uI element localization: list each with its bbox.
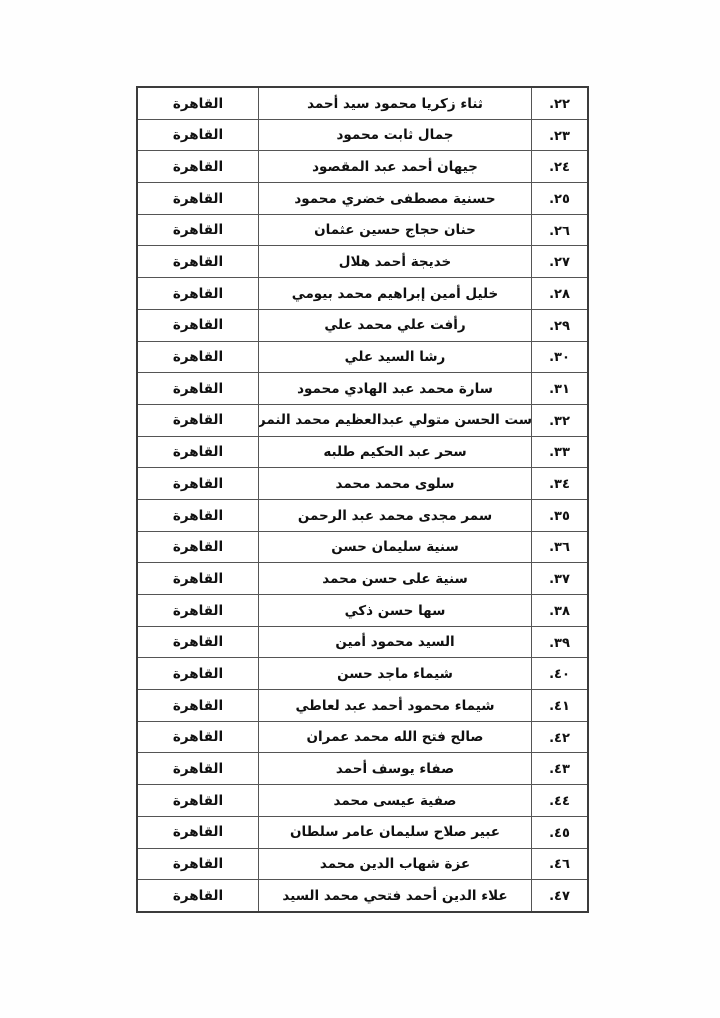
table-row: ٤٠. شيماء ماجد حسن القاهرة bbox=[138, 657, 587, 689]
row-city-cell: القاهرة bbox=[138, 627, 258, 658]
roster-table: ٢٢. ثناء زكريا محمود سيد أحمد القاهرة ٢٣… bbox=[136, 86, 589, 913]
row-city-cell: القاهرة bbox=[138, 405, 258, 436]
table-row: ٤٦. عزة شهاب الدين محمد القاهرة bbox=[138, 848, 587, 880]
row-number-cell: ٢٢. bbox=[531, 88, 587, 119]
row-name-cell: حنان حجاج حسين عثمان bbox=[258, 215, 531, 246]
row-number-cell: ٣٢. bbox=[531, 405, 587, 436]
row-number-cell: ٤٥. bbox=[531, 817, 587, 848]
row-name-cell: عزة شهاب الدين محمد bbox=[258, 849, 531, 880]
row-number-cell: ٣٦. bbox=[531, 532, 587, 563]
row-name-cell: رأفت علي محمد علي bbox=[258, 310, 531, 341]
table-row: ٢٣. جمال ثابت محمود القاهرة bbox=[138, 119, 587, 151]
row-number-cell: ٢٨. bbox=[531, 278, 587, 309]
row-city-cell: القاهرة bbox=[138, 817, 258, 848]
row-city-cell: القاهرة bbox=[138, 532, 258, 563]
row-number-cell: ٣٩. bbox=[531, 627, 587, 658]
table-row: ٤٥. عبير صلاح سليمان عامر سلطان القاهرة bbox=[138, 816, 587, 848]
row-number-cell: ٣٣. bbox=[531, 437, 587, 468]
row-name-cell: صالح فتح الله محمد عمران bbox=[258, 722, 531, 753]
table-row: ٤٧. علاء الدين أحمد فتحي محمد السيد القا… bbox=[138, 879, 587, 911]
row-name-cell: سها حسن ذكي bbox=[258, 595, 531, 626]
row-name-cell: خليل أمين إبراهيم محمد بيومي bbox=[258, 278, 531, 309]
table-row: ٣٩. السيد محمود أمين القاهرة bbox=[138, 626, 587, 658]
row-name-cell: رشا السيد علي bbox=[258, 342, 531, 373]
row-city-cell: القاهرة bbox=[138, 437, 258, 468]
row-city-cell: القاهرة bbox=[138, 468, 258, 499]
table-row: ٢٥. حسنية مصطفى خضري محمود القاهرة bbox=[138, 182, 587, 214]
table-row: ٢٩. رأفت علي محمد علي القاهرة bbox=[138, 309, 587, 341]
row-number-cell: ٤٣. bbox=[531, 753, 587, 784]
row-city-cell: القاهرة bbox=[138, 215, 258, 246]
row-city-cell: القاهرة bbox=[138, 373, 258, 404]
row-name-cell: جمال ثابت محمود bbox=[258, 120, 531, 151]
row-city-cell: القاهرة bbox=[138, 278, 258, 309]
table-row: ٣٧. سنية على حسن محمد القاهرة bbox=[138, 562, 587, 594]
row-city-cell: القاهرة bbox=[138, 690, 258, 721]
row-number-cell: ٤٢. bbox=[531, 722, 587, 753]
row-city-cell: القاهرة bbox=[138, 849, 258, 880]
table-row: ٢٦. حنان حجاج حسين عثمان القاهرة bbox=[138, 214, 587, 246]
row-city-cell: القاهرة bbox=[138, 342, 258, 373]
row-number-cell: ٣١. bbox=[531, 373, 587, 404]
row-number-cell: ٤١. bbox=[531, 690, 587, 721]
table-row: ٤٣. صفاء يوسف أحمد القاهرة bbox=[138, 752, 587, 784]
table-row: ٣٤. سلوى محمد محمد القاهرة bbox=[138, 467, 587, 499]
row-city-cell: القاهرة bbox=[138, 880, 258, 911]
row-number-cell: ٣٤. bbox=[531, 468, 587, 499]
row-city-cell: القاهرة bbox=[138, 88, 258, 119]
table-row: ٤١. شيماء محمود أحمد عبد لعاطي القاهرة bbox=[138, 689, 587, 721]
row-number-cell: ٤٦. bbox=[531, 849, 587, 880]
table-row: ٤٤. صفية عيسى محمد القاهرة bbox=[138, 784, 587, 816]
row-city-cell: القاهرة bbox=[138, 151, 258, 182]
row-city-cell: القاهرة bbox=[138, 595, 258, 626]
table-row: ٣٢. ست الحسن متولي عبدالعظيم محمد النمر … bbox=[138, 404, 587, 436]
row-city-cell: القاهرة bbox=[138, 120, 258, 151]
row-name-cell: ست الحسن متولي عبدالعظيم محمد النمر bbox=[258, 405, 531, 436]
row-name-cell: شيماء محمود أحمد عبد لعاطي bbox=[258, 690, 531, 721]
row-city-cell: القاهرة bbox=[138, 722, 258, 753]
table-row: ٣١. سارة محمد عبد الهادي محمود القاهرة bbox=[138, 372, 587, 404]
table-row: ٢٨. خليل أمين إبراهيم محمد بيومي القاهرة bbox=[138, 277, 587, 309]
table-row: ٣٣. سحر عبد الحكيم طلبه القاهرة bbox=[138, 436, 587, 468]
row-name-cell: سارة محمد عبد الهادي محمود bbox=[258, 373, 531, 404]
table-row: ٣٨. سها حسن ذكي القاهرة bbox=[138, 594, 587, 626]
row-name-cell: سحر عبد الحكيم طلبه bbox=[258, 437, 531, 468]
row-number-cell: ٣٥. bbox=[531, 500, 587, 531]
table-row: ٤٢. صالح فتح الله محمد عمران القاهرة bbox=[138, 721, 587, 753]
row-city-cell: القاهرة bbox=[138, 785, 258, 816]
table-row: ٣٦. سنية سليمان حسن القاهرة bbox=[138, 531, 587, 563]
table-row: ٣٠. رشا السيد علي القاهرة bbox=[138, 341, 587, 373]
row-number-cell: ٢٦. bbox=[531, 215, 587, 246]
row-city-cell: القاهرة bbox=[138, 310, 258, 341]
table-row: ٢٧. خديجة أحمد هلال القاهرة bbox=[138, 245, 587, 277]
row-number-cell: ٣٧. bbox=[531, 563, 587, 594]
row-number-cell: ٣٨. bbox=[531, 595, 587, 626]
row-number-cell: ٢٧. bbox=[531, 246, 587, 277]
row-city-cell: القاهرة bbox=[138, 658, 258, 689]
row-city-cell: القاهرة bbox=[138, 246, 258, 277]
row-name-cell: حسنية مصطفى خضري محمود bbox=[258, 183, 531, 214]
document-page: ٢٢. ثناء زكريا محمود سيد أحمد القاهرة ٢٣… bbox=[0, 0, 720, 1018]
row-city-cell: القاهرة bbox=[138, 183, 258, 214]
row-name-cell: صفية عيسى محمد bbox=[258, 785, 531, 816]
row-name-cell: السيد محمود أمين bbox=[258, 627, 531, 658]
row-name-cell: سلوى محمد محمد bbox=[258, 468, 531, 499]
row-name-cell: علاء الدين أحمد فتحي محمد السيد bbox=[258, 880, 531, 911]
row-name-cell: سنية على حسن محمد bbox=[258, 563, 531, 594]
row-number-cell: ٢٥. bbox=[531, 183, 587, 214]
row-name-cell: سمر مجدى محمد عبد الرحمن bbox=[258, 500, 531, 531]
row-name-cell: عبير صلاح سليمان عامر سلطان bbox=[258, 817, 531, 848]
table-row: ٣٥. سمر مجدى محمد عبد الرحمن القاهرة bbox=[138, 499, 587, 531]
row-number-cell: ٢٣. bbox=[531, 120, 587, 151]
row-city-cell: القاهرة bbox=[138, 500, 258, 531]
row-city-cell: القاهرة bbox=[138, 753, 258, 784]
row-city-cell: القاهرة bbox=[138, 563, 258, 594]
row-number-cell: ٤٠. bbox=[531, 658, 587, 689]
row-number-cell: ٤٧. bbox=[531, 880, 587, 911]
row-number-cell: ٢٩. bbox=[531, 310, 587, 341]
row-name-cell: سنية سليمان حسن bbox=[258, 532, 531, 563]
row-name-cell: جيهان أحمد عبد المقصود bbox=[258, 151, 531, 182]
table-row: ٢٢. ثناء زكريا محمود سيد أحمد القاهرة bbox=[138, 88, 587, 119]
row-name-cell: خديجة أحمد هلال bbox=[258, 246, 531, 277]
row-number-cell: ٤٤. bbox=[531, 785, 587, 816]
row-number-cell: ٢٤. bbox=[531, 151, 587, 182]
row-name-cell: ثناء زكريا محمود سيد أحمد bbox=[258, 88, 531, 119]
table-row: ٢٤. جيهان أحمد عبد المقصود القاهرة bbox=[138, 150, 587, 182]
row-name-cell: صفاء يوسف أحمد bbox=[258, 753, 531, 784]
row-number-cell: ٣٠. bbox=[531, 342, 587, 373]
row-name-cell: شيماء ماجد حسن bbox=[258, 658, 531, 689]
